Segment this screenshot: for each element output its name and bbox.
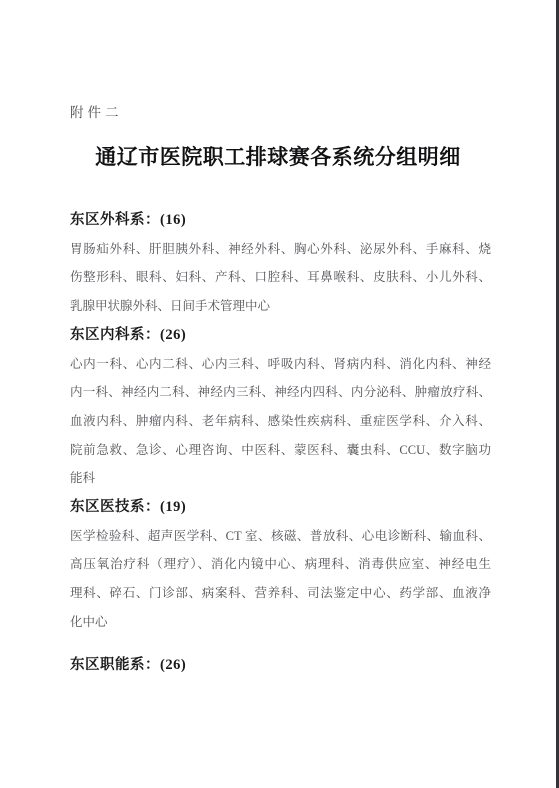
attachment-label: 附件二: [70, 103, 123, 123]
body-line: 医学检验科、超声医学科、CT 室、核磁、普放科、心电诊断科、输血科、: [70, 522, 491, 551]
section-heading-surgery: 东区外科系：(16): [70, 206, 491, 235]
document-title: 通辽市医院职工排球赛各系统分组明细: [0, 144, 556, 170]
body-line: 伤整形科、眼科、妇科、产科、口腔科、耳鼻喉科、皮肤科、小儿外科、: [70, 263, 491, 292]
body-line: 血液内科、肿瘤内科、老年病科、感染性疾病科、重症医学科、介入科、: [70, 407, 491, 436]
body-line: 心内一科、心内二科、心内三科、呼吸内科、肾病内科、消化内科、神经: [70, 350, 491, 379]
body-line: 内一科、神经内二科、神经内三科、神经内四科、内分泌科、肿瘤放疗科、: [70, 378, 491, 407]
body-line: 胃肠疝外科、肝胆胰外科、神经外科、胸心外科、泌尿外科、手麻科、烧: [70, 235, 491, 264]
document-page: 附件二 通辽市医院职工排球赛各系统分组明细 东区外科系：(16) 胃肠疝外科、肝…: [0, 0, 559, 788]
body-line: 乳腺甲状腺外科、日间手术管理中心: [70, 292, 491, 321]
section-heading-internal-medicine: 东区内科系：(26): [70, 321, 491, 350]
body-line: 能科: [70, 464, 491, 493]
section-heading-medical-tech: 东区医技系：(19): [70, 493, 491, 522]
body-line: 理科、碎石、门诊部、病案科、营养科、司法鉴定中心、药学部、血液净: [70, 579, 491, 608]
body-line: 化中心: [70, 608, 491, 637]
body-line: 高压氧治疗科（理疗）、消化内镜中心、病理科、消毒供应室、神经电生: [70, 550, 491, 579]
section-heading-functional: 东区职能系：(26): [70, 651, 491, 680]
body-line: 院前急救、急诊、心理咨询、中医科、蒙医科、囊虫科、CCU、数字脑功: [70, 436, 491, 465]
document-body: 东区外科系：(16) 胃肠疝外科、肝胆胰外科、神经外科、胸心外科、泌尿外科、手麻…: [70, 206, 491, 680]
